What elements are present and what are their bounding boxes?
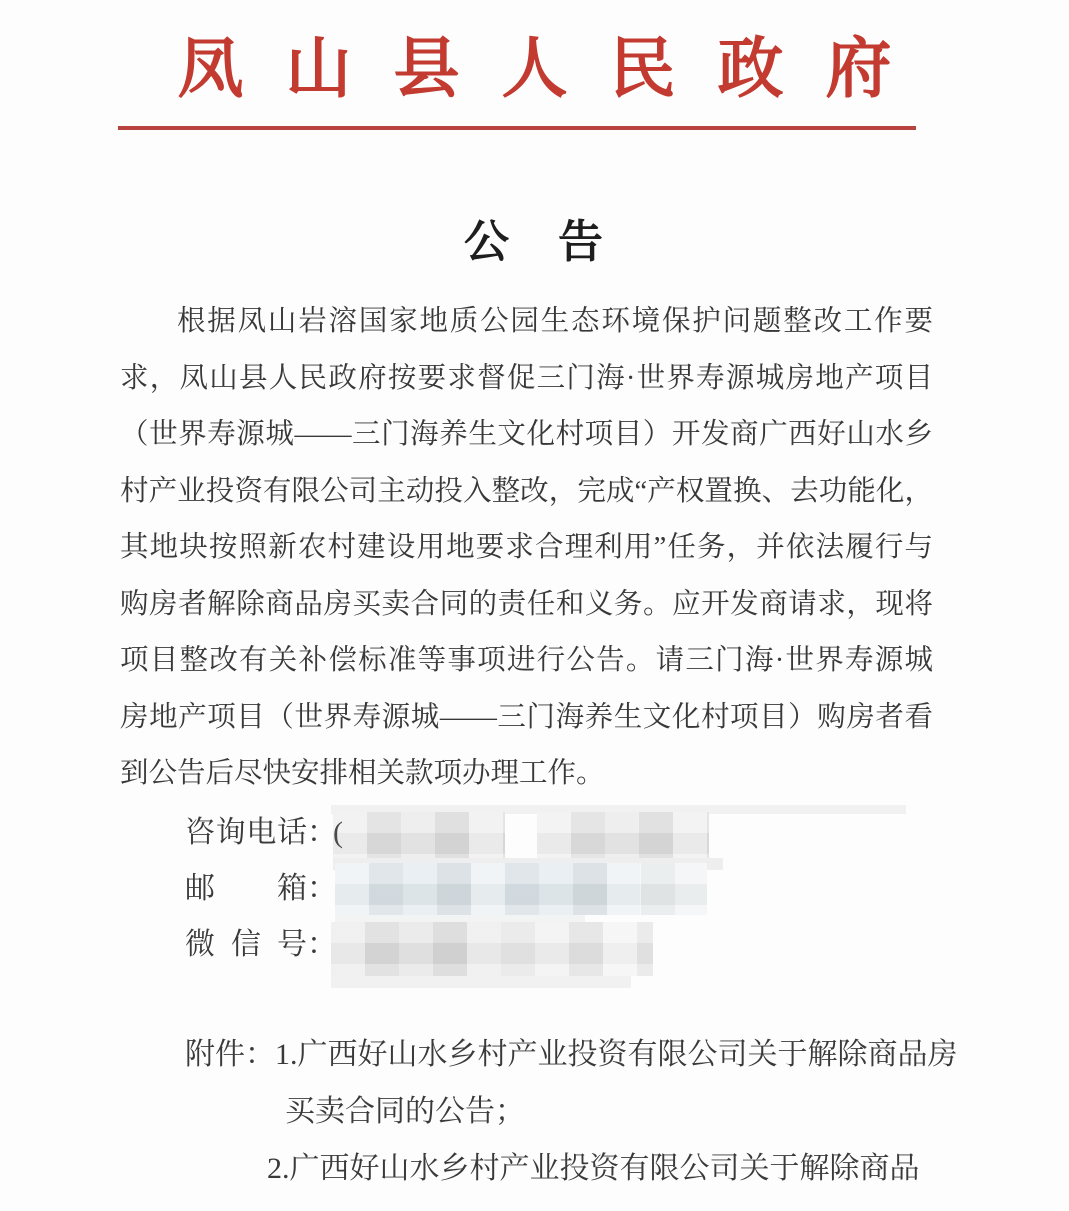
- body-line: 根据凤山岩溶国家地质公园生态环境保护问题整改工作要: [120, 294, 933, 351]
- scanned-government-notice: 凤山县人民政府 公 告 根据凤山岩溶国家地质公园生态环境保护问题整改工作要 求，…: [0, 0, 1069, 1211]
- body-paragraph: 根据凤山岩溶国家地质公园生态环境保护问题整改工作要 求，凤山县人民政府按要求督促…: [120, 294, 933, 803]
- body-line: 项目整改有关补偿标准等事项进行公告。请三门海·世界寿源城: [120, 633, 933, 690]
- attachment-line-2: 买卖合同的公告；: [285, 1083, 965, 1140]
- contact-section: 咨询电话：( 邮箱： 微信号：: [185, 805, 985, 973]
- body-line: 购房者解除商品房买卖合同的责任和义务。应开发商请求，现将: [120, 577, 933, 634]
- letterhead-org-name: 凤山县人民政府: [178, 26, 934, 114]
- contact-label-email: 邮箱: [185, 861, 307, 917]
- attachment-section: 附件：1.广西好山水乡村产业投资有限公司关于解除商品房 买卖合同的公告； 2.广…: [185, 1026, 965, 1197]
- redacted-phone-mosaic: [333, 812, 505, 858]
- contact-colon: ：: [307, 872, 337, 905]
- redacted-phone-mosaic: [537, 812, 709, 858]
- body-line: 其地块按照新农村建设用地要求合理利用”任务，并依法履行与: [120, 520, 933, 577]
- contact-row-wechat: 微信号：: [185, 917, 985, 973]
- attachment-label: 附件：: [185, 1038, 275, 1071]
- redacted-email-mosaic: [335, 863, 707, 915]
- redacted-wechat-mosaic: [331, 922, 653, 976]
- contact-row-email: 邮箱：: [185, 861, 985, 917]
- contact-label-wechat: 微信号: [185, 917, 307, 973]
- body-line: （世界寿源城——三门海养生文化村项目）开发商广西好山水乡: [120, 407, 933, 464]
- attachment-line-1: 附件：1.广西好山水乡村产业投资有限公司关于解除商品房: [185, 1026, 965, 1083]
- contact-label-phone: 咨询电话: [185, 805, 307, 861]
- body-line: 到公告后尽快安排相关款项办理工作。: [120, 746, 933, 803]
- doc-title: 公 告: [0, 212, 1069, 272]
- redacted-wechat-mosaic: [331, 976, 631, 988]
- contact-phone-visible-prefix: (: [333, 816, 343, 849]
- letterhead: 凤山县人民政府: [0, 26, 1069, 114]
- attachment-line-3: 2.广西好山水乡村产业投资有限公司关于解除商品: [267, 1140, 965, 1197]
- body-line: 求，凤山县人民政府按要求督促三门海·世界寿源城房地产项目: [120, 351, 933, 408]
- letterhead-divider-rule: [118, 126, 916, 130]
- body-line: 房地产项目（世界寿源城——三门海养生文化村项目）购房者看: [120, 690, 933, 747]
- contact-row-phone: 咨询电话：(: [185, 805, 985, 861]
- body-line: 村产业投资有限公司主动投入整改，完成“产权置换、去功能化，: [120, 464, 933, 521]
- attachment-item-1-text: 1.广西好山水乡村产业投资有限公司关于解除商品房: [275, 1038, 958, 1071]
- contact-colon: ：: [307, 928, 337, 961]
